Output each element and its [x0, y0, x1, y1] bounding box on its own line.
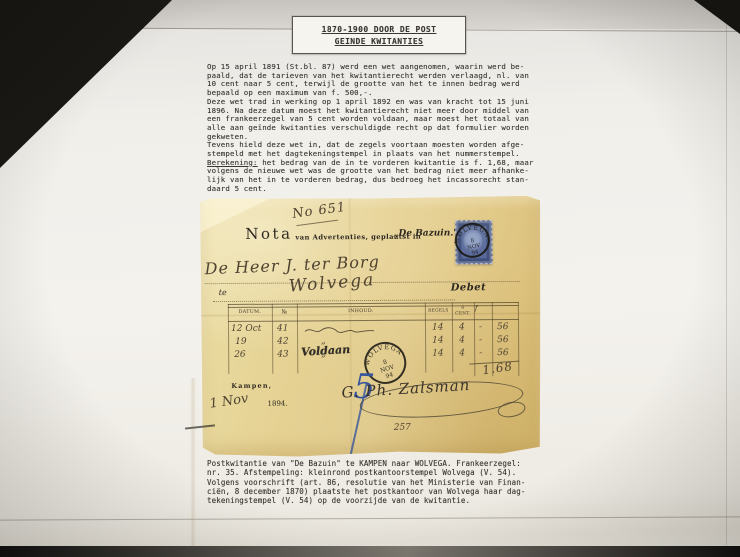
- col-header-datum: DATUM.: [228, 310, 272, 315]
- col-header-regels: REGELS: [425, 308, 452, 313]
- row-a-cent: 4: [459, 335, 465, 345]
- postal-receipt: No 651 Nota van Advertenties, geplaatst …: [200, 196, 542, 458]
- row-datum: 19: [235, 337, 247, 347]
- page-edge-right: [726, 0, 727, 545]
- photo-backdrop-corner: [0, 0, 172, 168]
- col-header-a: à: [452, 305, 474, 310]
- year-printed: 1894.: [268, 400, 288, 408]
- sleeve-edge-bottom: [0, 516, 740, 520]
- svg-text:WOLVEGA: WOLVEGA: [358, 337, 405, 368]
- header-line-2: GEINDE KWITANTIES: [335, 37, 424, 46]
- album-page: 1870-1900 DOOR DE POST GEINDE KWITANTIES…: [0, 0, 740, 557]
- handwriting-swash: [296, 220, 338, 226]
- journal-name: „De Bazuin.": [393, 228, 458, 238]
- row-datum: 26: [234, 350, 246, 360]
- row-cent: 56: [497, 335, 509, 345]
- city-printed: Kampen,: [231, 382, 272, 390]
- header-line-1: 1870-1900 DOOR DE POST: [322, 25, 437, 34]
- receipt-number: No 651: [291, 200, 347, 222]
- row-nummer: 42: [277, 337, 289, 347]
- col-header-cent: CENT.: [452, 311, 474, 316]
- total-amount: 1.68: [481, 359, 513, 377]
- form-line: [213, 298, 455, 302]
- article-underlined-word: Berekening:: [207, 158, 258, 167]
- postmark-town: WOLVEGA: [358, 337, 405, 368]
- sleeve-shadow: [190, 378, 196, 546]
- article-part-1: Op 15 april 1891 (St.bl. 87) werd een we…: [207, 62, 529, 158]
- date-handwritten: 1 Nov: [209, 391, 250, 412]
- row-a-cent: 4: [459, 322, 465, 332]
- row-cent: 56: [497, 322, 509, 332]
- header-box: 1870-1900 DOOR DE POST GEINDE KWITANTIES: [292, 16, 466, 54]
- photo-of-album-page: 1870-1900 DOOR DE POST GEINDE KWITANTIES…: [0, 0, 740, 557]
- col-header-nummer: №: [272, 309, 297, 316]
- handwritten-word: [303, 325, 377, 336]
- row-nummer: 41: [277, 324, 289, 334]
- typed-description: Op 15 april 1891 (St.bl. 87) werd een we…: [207, 63, 539, 194]
- row-regels: 14: [432, 335, 444, 345]
- row-gulden: -: [479, 335, 482, 345]
- stamp-postmark: WOLVEGA 8 NOV 94: [449, 216, 497, 264]
- receipt-title: Nota: [245, 225, 292, 243]
- postmark-year: 94: [385, 371, 395, 380]
- row-nummer: 43: [277, 350, 289, 360]
- voldaan-handstamp: Voldaan: [301, 343, 351, 359]
- photo-backdrop-bottom: [0, 546, 740, 557]
- col-header-inhoud: INHOUD.: [297, 309, 425, 315]
- row-cent: 56: [497, 348, 509, 358]
- row-regels: 14: [432, 348, 444, 358]
- reference-number: 257: [394, 423, 411, 433]
- typed-caption: Postkwitantie van "De Bazuin" te KAMPEN …: [207, 459, 541, 505]
- row-gulden: -: [479, 322, 482, 332]
- row-a-cent: 4: [459, 348, 465, 358]
- te-label: te: [219, 288, 227, 297]
- debet-label: Debet: [451, 282, 487, 293]
- row-datum: 12 Oct: [231, 324, 261, 334]
- currency-mark: f: [475, 304, 478, 312]
- row-gulden: -: [479, 348, 482, 358]
- row-regels: 14: [432, 322, 444, 332]
